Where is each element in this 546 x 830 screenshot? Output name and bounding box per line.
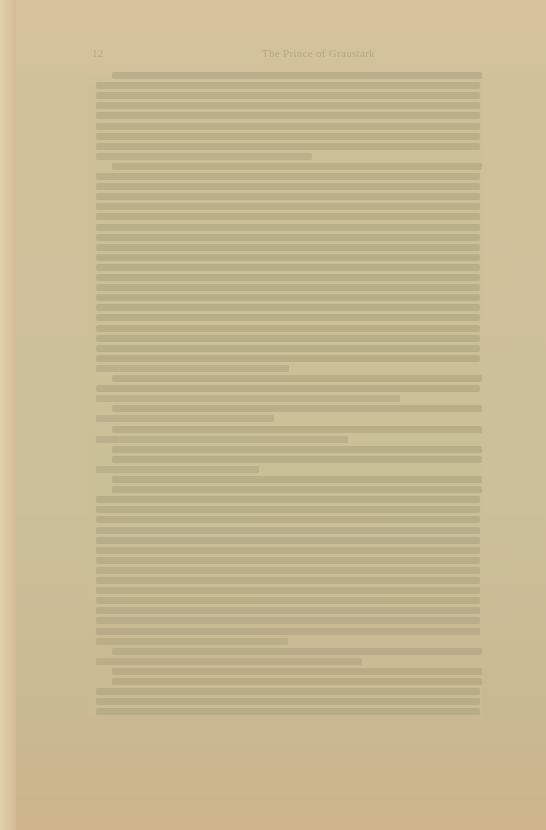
text-line — [96, 314, 480, 321]
text-line — [96, 133, 480, 140]
text-line — [96, 294, 480, 301]
text-line — [112, 476, 482, 483]
text-line — [96, 506, 480, 513]
text-line — [112, 456, 482, 463]
text-line — [96, 567, 480, 574]
text-line — [96, 516, 480, 523]
text-line — [96, 698, 480, 705]
scanned-page: 12 The Prince of Graustark Body text is … — [0, 0, 546, 830]
text-line — [96, 708, 480, 715]
text-line — [96, 203, 480, 210]
text-line — [96, 365, 289, 372]
header-title: The Prince of Graustark — [262, 48, 375, 60]
text-line — [96, 284, 480, 291]
text-line — [96, 183, 480, 190]
text-line — [96, 415, 274, 422]
text-line — [96, 587, 480, 594]
text-line — [96, 345, 480, 352]
text-line — [96, 123, 480, 130]
text-line — [112, 163, 482, 170]
text-line — [96, 628, 480, 635]
text-line — [96, 213, 480, 220]
text-line — [96, 617, 480, 624]
text-line — [96, 224, 480, 231]
text-line — [112, 72, 482, 79]
text-line — [96, 638, 288, 645]
text-line — [96, 102, 480, 109]
text-line — [96, 264, 480, 271]
text-line — [96, 395, 400, 402]
text-line — [96, 254, 480, 261]
text-line — [96, 527, 480, 534]
text-line — [112, 375, 482, 382]
text-line — [112, 678, 482, 685]
text-line — [96, 688, 480, 695]
text-line — [96, 112, 480, 119]
running-header: 12 The Prince of Graustark — [92, 48, 484, 62]
text-line — [96, 92, 480, 99]
text-line — [96, 335, 480, 342]
text-line — [96, 658, 362, 665]
text-line — [96, 557, 480, 564]
text-line — [96, 244, 480, 251]
page-number: 12 — [92, 48, 104, 60]
text-line — [112, 405, 482, 412]
text-line — [96, 496, 480, 503]
text-line — [96, 577, 480, 584]
text-line — [96, 234, 480, 241]
text-line — [96, 385, 480, 392]
text-line — [112, 446, 482, 453]
text-line — [96, 193, 480, 200]
text-line — [96, 325, 480, 332]
text-line — [96, 436, 348, 443]
text-line — [112, 668, 482, 675]
page-gutter — [0, 0, 16, 830]
text-line — [96, 466, 259, 473]
text-line — [112, 486, 482, 493]
text-line — [96, 143, 480, 150]
text-line — [96, 355, 480, 362]
text-line — [96, 597, 480, 604]
text-line — [96, 153, 312, 160]
text-line — [96, 274, 480, 281]
text-line — [112, 648, 482, 655]
text-line — [96, 537, 480, 544]
text-line — [112, 426, 482, 433]
text-line — [96, 547, 480, 554]
text-line — [96, 82, 480, 89]
text-line — [96, 173, 480, 180]
text-line — [96, 304, 480, 311]
text-line — [96, 607, 480, 614]
